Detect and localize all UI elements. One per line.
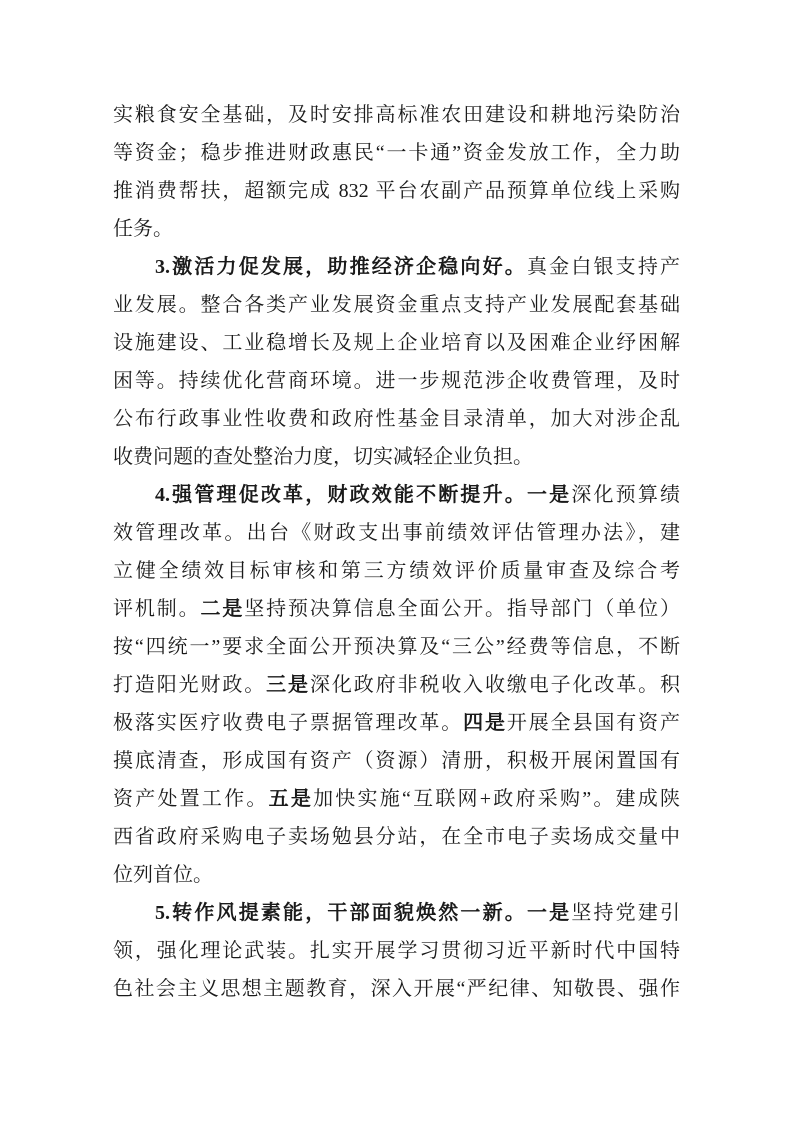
text-block: 实粮食安全基础，及时安排高标准农田建设和耕地污染防治等资金；稳步推进财政惠民“一…	[113, 96, 680, 1008]
text-run: 效管理改革。出台《财政支出事前绩效评估管理办法》，建	[113, 522, 680, 544]
text-run: 真金白银支持产	[527, 256, 680, 278]
text-run: 坚持党建引	[571, 902, 680, 924]
text-run: 打造阳光财政。	[113, 674, 266, 696]
text-run: 困等。持续优化营商环境。进一步规范涉企收费管理，及时	[113, 370, 680, 392]
text-run: 实粮食安全基础，及时安排高标准农田建设和耕地污染防治	[113, 104, 680, 126]
text-line: 打造阳光财政。三是深化政府非税收入收缴电子化改革。积	[113, 666, 680, 704]
text-line: 位列首位。	[113, 856, 680, 894]
text-line: 领，强化理论武装。扎实开展学习贯彻习近平新时代中国特	[113, 932, 680, 970]
text-line: 立健全绩效目标审核和第三方绩效评价质量审查及综合考	[113, 552, 680, 590]
text-line: 业发展。整合各类产业发展资金重点支持产业发展配套基础	[113, 286, 680, 324]
text-line: 4.强管理促改革，财政效能不断提升。一是深化预算绩	[113, 476, 680, 514]
text-line: 摸底清查，形成国有资产（资源）清册，积极开展闲置国有	[113, 742, 680, 780]
bold-text-run: 二是	[201, 598, 245, 620]
text-run: 摸底清查，形成国有资产（资源）清册，积极开展闲置国有	[113, 750, 680, 772]
text-run: 业发展。整合各类产业发展资金重点支持产业发展配套基础	[113, 294, 680, 316]
text-run: 评机制。	[113, 598, 201, 620]
text-run: 公布行政事业性收费和政府性基金目录清单，加大对涉企乱	[113, 408, 680, 430]
document-page: 实粮食安全基础，及时安排高标准农田建设和耕地污染防治等资金；稳步推进财政惠民“一…	[0, 0, 793, 1122]
text-line: 效管理改革。出台《财政支出事前绩效评估管理办法》，建	[113, 514, 680, 552]
text-run: 色社会主义思想主题教育，深入开展“严纪律、知敬畏、强作	[113, 978, 680, 1000]
text-run: 任务。	[113, 218, 173, 240]
text-run: 设施建设、工业稳增长及规上企业培育以及困难企业纾困解	[113, 332, 680, 354]
text-line: 3.激活力促发展，助推经济企稳向好。真金白银支持产	[113, 248, 680, 286]
bold-text-run: 3.激活力促发展，助推经济企稳向好。	[155, 256, 527, 278]
text-line: 实粮食安全基础，及时安排高标准农田建设和耕地污染防治	[113, 96, 680, 134]
bold-text-run: 五是	[269, 788, 313, 810]
text-run: 坚持预决算信息全面公开。指导部门（单位）	[244, 598, 680, 620]
text-line: 公布行政事业性收费和政府性基金目录清单，加大对涉企乱	[113, 400, 680, 438]
text-line: 5.转作风提素能，干部面貌焕然一新。一是坚持党建引	[113, 894, 680, 932]
text-line: 按“四统一”要求全面公开预决算及“三公”经费等信息，不断	[113, 628, 680, 666]
text-line: 设施建设、工业稳增长及规上企业培育以及困难企业纾困解	[113, 324, 680, 362]
text-run: 位列首位。	[113, 864, 213, 886]
text-run: 推消费帮扶，超额完成 832 平台农副产品预算单位线上采购	[113, 180, 680, 202]
text-line: 资产处置工作。五是加快实施“互联网+政府采购”。建成陕	[113, 780, 680, 818]
bold-text-run: 四是	[463, 712, 507, 734]
text-line: 推消费帮扶，超额完成 832 平台农副产品预算单位线上采购	[113, 172, 680, 210]
bold-text-run: 三是	[266, 674, 310, 696]
text-run: 领，强化理论武装。扎实开展学习贯彻习近平新时代中国特	[113, 940, 680, 962]
text-run: 加快实施“互联网+政府采购”。建成陕	[313, 788, 680, 810]
text-run: 资产处置工作。	[113, 788, 269, 810]
text-run: 收费问题的查处整治力度，切实减轻企业负担。	[113, 446, 533, 468]
text-run: 深化政府非税收入收缴电子化改革。积	[310, 674, 680, 696]
text-run: 西省政府采购电子卖场勉县分站，在全市电子卖场成交量中	[113, 826, 680, 848]
text-line: 收费问题的查处整治力度，切实减轻企业负担。	[113, 438, 680, 476]
text-run: 极落实医疗收费电子票据管理改革。	[113, 712, 463, 734]
text-line: 困等。持续优化营商环境。进一步规范涉企收费管理，及时	[113, 362, 680, 400]
text-run: 等资金；稳步推进财政惠民“一卡通”资金发放工作，全力助	[113, 142, 680, 164]
text-run: 立健全绩效目标审核和第三方绩效评价质量审查及综合考	[113, 560, 680, 582]
text-line: 评机制。二是坚持预决算信息全面公开。指导部门（单位）	[113, 590, 680, 628]
bold-text-run: 5.转作风提素能，干部面貌焕然一新。一是	[155, 902, 571, 924]
bold-text-run: 4.强管理促改革，财政效能不断提升。一是	[155, 484, 571, 506]
text-line: 等资金；稳步推进财政惠民“一卡通”资金发放工作，全力助	[113, 134, 680, 172]
text-run: 按“四统一”要求全面公开预决算及“三公”经费等信息，不断	[113, 636, 680, 658]
text-line: 色社会主义思想主题教育，深入开展“严纪律、知敬畏、强作	[113, 970, 680, 1008]
text-line: 任务。	[113, 210, 680, 248]
text-line: 极落实医疗收费电子票据管理改革。四是开展全县国有资产	[113, 704, 680, 742]
text-run: 深化预算绩	[571, 484, 680, 506]
text-run: 开展全县国有资产	[507, 712, 680, 734]
text-line: 西省政府采购电子卖场勉县分站，在全市电子卖场成交量中	[113, 818, 680, 856]
